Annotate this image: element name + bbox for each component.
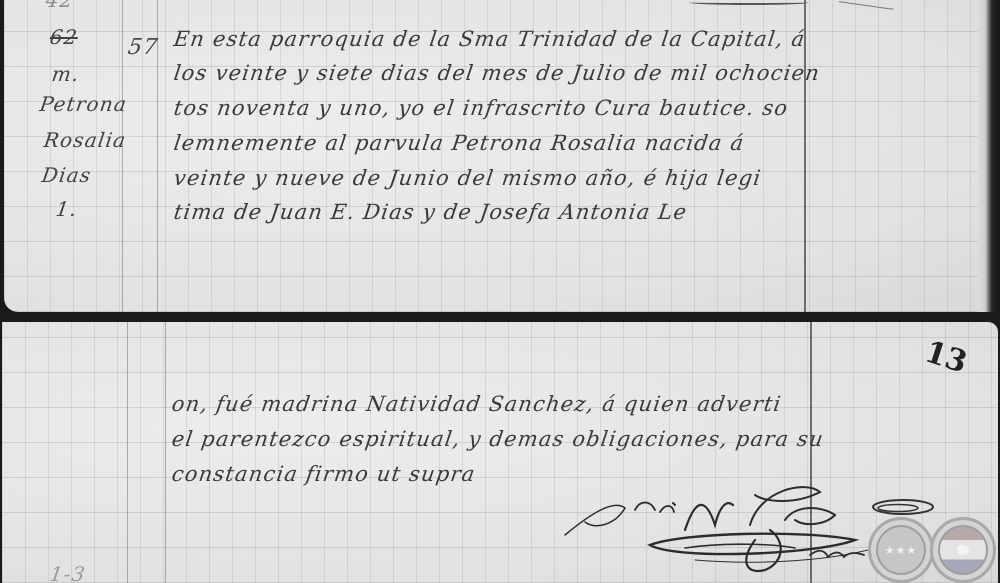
margin-faint-number: 42 <box>44 0 75 12</box>
margin-rule <box>122 0 123 312</box>
record-line: tima de Juan E. Dias y de Josefa Antonia… <box>172 200 689 224</box>
margin-faint-number: 1-3 <box>48 562 87 583</box>
ink-stroke <box>839 0 894 10</box>
map-silhouette-icon <box>957 545 969 555</box>
page-edge <box>978 0 996 312</box>
stars-icon: ★★★ <box>885 544 918 557</box>
ledger-page-top: 42 62 57 m. Petrona Rosalia Dias 1. En e… <box>4 0 996 312</box>
record-line: lemnemente al parvula Petrona Rosalia na… <box>172 131 746 155</box>
margin-given-name-1: Petrona <box>38 92 129 116</box>
entry-number: 57 <box>126 35 160 60</box>
column-rule <box>804 0 806 312</box>
record-line: tos noventa y uno, yo el infrascrito Cur… <box>172 96 790 120</box>
margin-rule <box>127 322 128 583</box>
record-line: los veinte y siete dias del mes de Julio… <box>172 61 821 85</box>
record-line: En esta parroquia de la Sma Trinidad de … <box>172 27 807 51</box>
record-line: on, fué madrina Natividad Sanchez, á qui… <box>170 392 783 416</box>
ink-stroke <box>689 0 809 5</box>
signature <box>555 470 885 583</box>
margin-mark: 1. <box>54 197 79 221</box>
signature-flourish-icon <box>555 470 885 580</box>
margin-rule <box>165 322 166 583</box>
margin-old-number: 62 <box>48 25 79 49</box>
record-line: veinte y nueve de Junio del mismo año, é… <box>172 166 763 190</box>
archive-seal-stars-icon: ★★★ <box>868 517 934 583</box>
margin-given-name-2: Rosalia <box>42 128 128 152</box>
margin-sex: m. <box>50 62 81 86</box>
record-line: constancia firmo ut supra <box>170 462 477 486</box>
margin-surname: Dias <box>40 163 93 187</box>
record-line: el parentezco espiritual, y demas obliga… <box>170 427 825 451</box>
archive-seal-flag-icon <box>930 517 996 583</box>
